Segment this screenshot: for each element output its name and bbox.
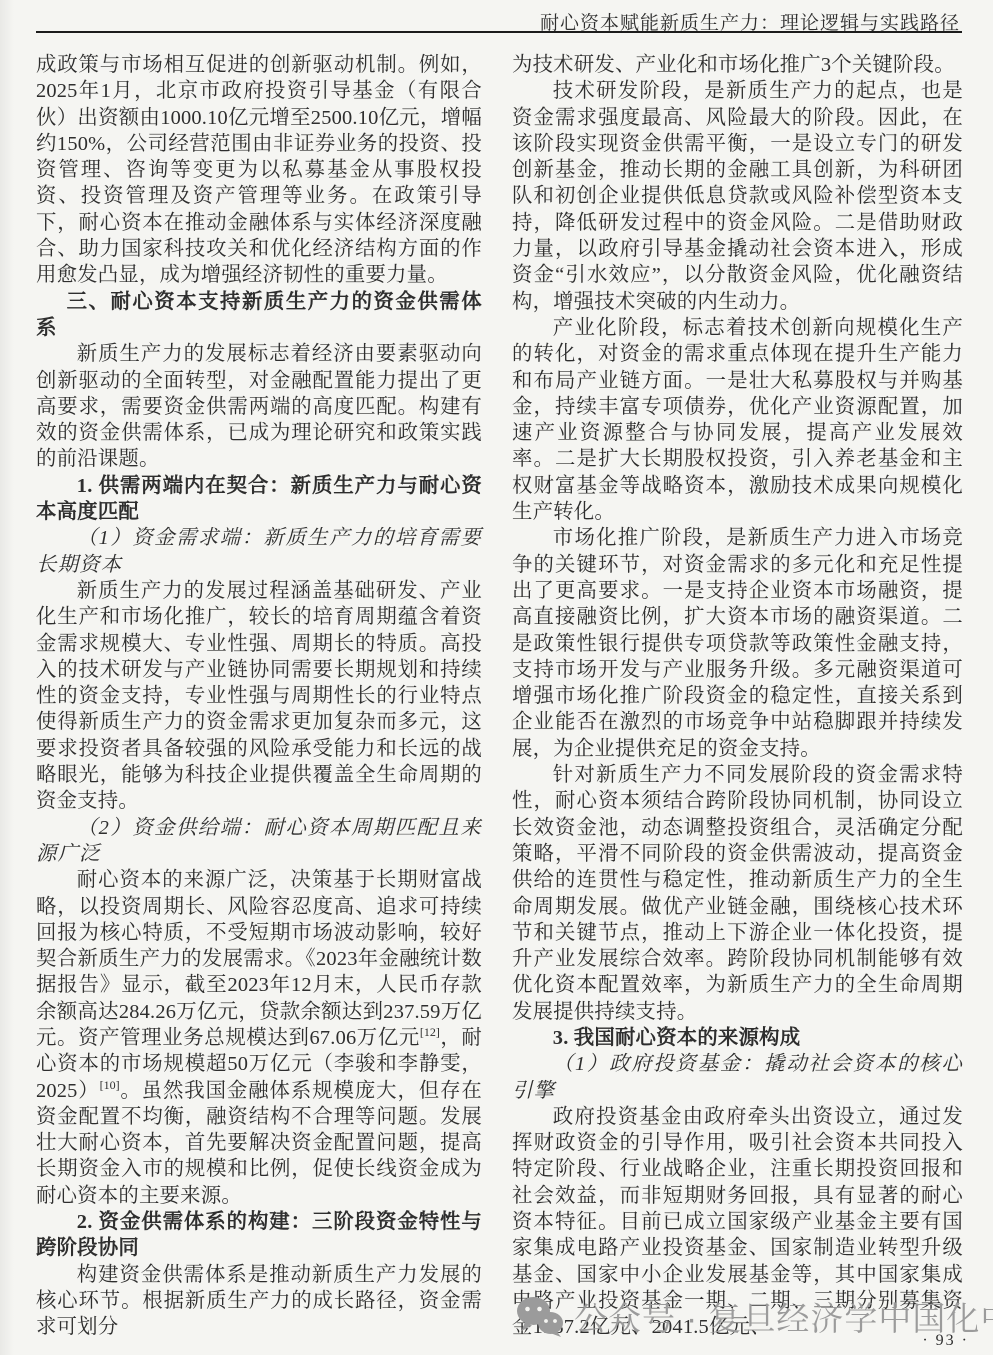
document-page: 耐心资本赋能新质生产力：理论逻辑与实践路径 成政策与市场相互促进的创新驱动机制。… [0,0,993,1355]
subsection-heading: 3. 我国耐心资本的来源构成 [512,1025,963,1051]
sub-point-heading: （1）政府投资基金：撬动社会资本的核心引擎 [512,1051,963,1104]
right-column: 为技术研发、产业化和市场化推广3个关键阶段。技术研发阶段，是新质生产力的起点，也… [512,52,963,1341]
continuation-paragraph: 为技术研发、产业化和市场化推广3个关键阶段。 [512,52,963,78]
paragraph: 技术研发阶段，是新质生产力的起点，也是资金需求强度最高、风险最大的阶段。因此，在… [512,78,963,315]
paragraph: 新质生产力的发展过程涵盖基础研发、产业化生产和市场化推广，较长的培育周期蕴含着资… [36,578,482,815]
paragraph: 产业化阶段，标志着技术创新向规模化生产的转化，对资金的需求重点体现在提升生产能力… [512,315,963,525]
wechat-icon [516,1296,564,1338]
sub-point-heading: （2）资金供给端：耐心资本周期匹配且来源广泛 [36,815,482,868]
paragraph: 构建资金供需体系是推动新质生产力发展的核心环节。根据新质生产力的成长路径，资金需… [36,1262,482,1341]
footnote-reference: [10] [100,1078,120,1092]
continuation-paragraph: 成政策与市场相互促进的创新驱动机制。例如，2025年1月，北京市政府投资引导基金… [36,52,482,289]
left-column: 成政策与市场相互促进的创新驱动机制。例如，2025年1月，北京市政府投资引导基金… [36,52,482,1341]
header-rule [36,31,962,33]
section-heading: 三、耐心资本支持新质生产力的资金供需体系 [36,289,482,342]
footnote-reference: [12] [420,1025,440,1039]
subsection-heading: 1. 供需两端内在契合：新质生产力与耐心资本高度匹配 [36,473,482,526]
sub-point-heading: （1）资金需求端：新质生产力的培育需要长期资本 [36,525,482,578]
paragraph: 耐心资本的来源广泛，决策基于长期财富战略，以投资周期长、风险容忍度高、追求可持续… [36,867,482,1209]
paragraph: 市场化推广阶段，是新质生产力进入市场竞争的关键环节，对资金需求的多元化和充足性提… [512,525,963,762]
page-number: · 93 · [922,1332,969,1350]
subsection-heading: 2. 资金供需体系的构建：三阶段资金特性与跨阶段协同 [36,1209,482,1262]
paragraph: 新质生产力的发展标志着经济由要素驱动向创新驱动的全面转型，对金融配置能力提出了更… [36,341,482,472]
paragraph: 针对新质生产力不同发展阶段的资金需求特性，耐心资本须结合跨阶段协同机制，协同设立… [512,762,963,1025]
